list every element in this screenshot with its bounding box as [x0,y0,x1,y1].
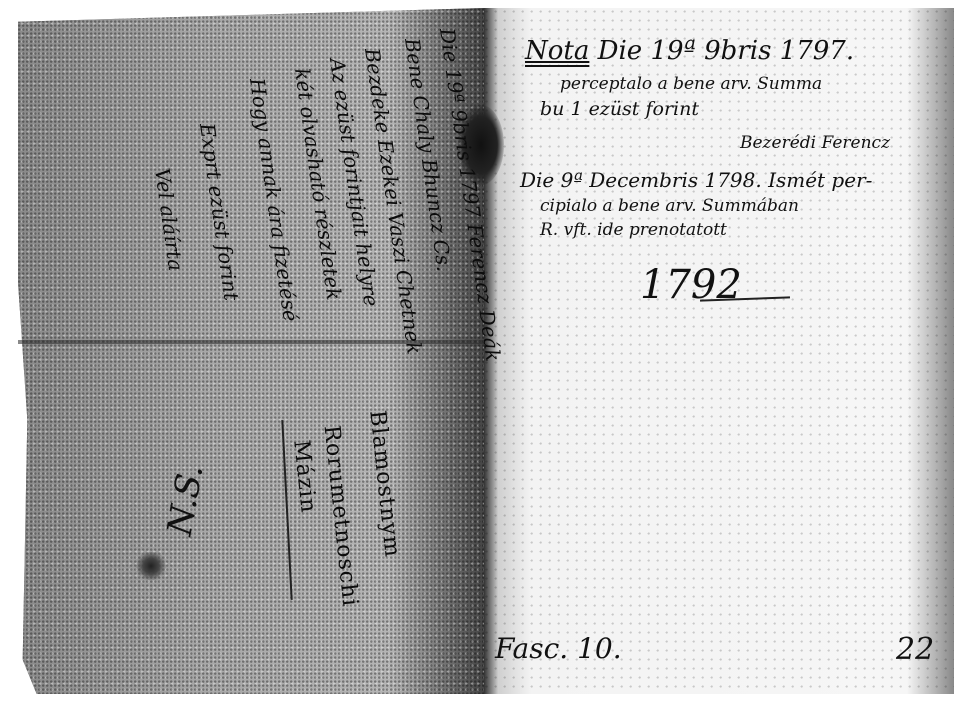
note1-signature: Bezerédi Ferencz [740,133,890,153]
note1-line1: perceptalo a bene arv. Summa [560,74,822,94]
rotated-text-block: Die 19ª 9bris 1797 Ferencz Deák Bene Cha… [110,30,440,350]
note2-line1: Die 9ª Decembris 1798. Ismét per- [520,168,872,192]
page-number: 22 [896,632,934,667]
note1-line2: bu 1 ezüst forint [540,98,699,120]
nota-heading: Nota Die 19ª 9bris 1797. [525,36,854,66]
rotated-line: Vel aláírta [150,167,188,273]
note2-line2: cipialo a bene arv. Summában [540,196,799,216]
folder-label: Fasc. 10. [495,632,622,665]
year-label: 1792 [640,262,742,308]
rotated-line: Exprt ezüst forint [195,122,244,302]
nota-date: Die 19ª 9bris 1797. [598,36,854,66]
ink-smudge [134,552,168,580]
nota-label: Nota [525,36,589,66]
rotated-line: Hogy annak ára fizetésé [245,77,303,323]
note2-line3: R. vft. ide prenotatott [540,220,727,240]
